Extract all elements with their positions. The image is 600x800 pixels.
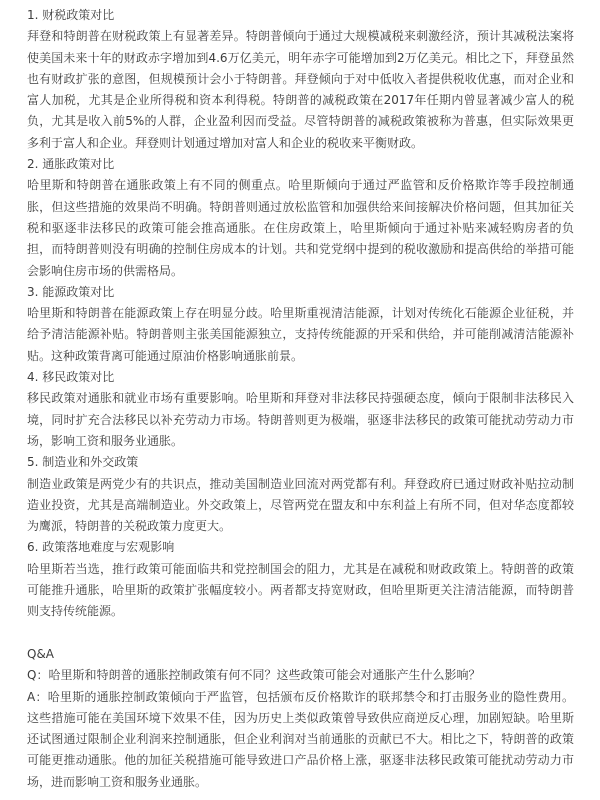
section-body: 哈里斯和特朗普在能源政策上存在明显分歧。哈里斯重视清洁能源，计划对传统化石能源企… (27, 303, 574, 367)
section-body: 制造业政策是两党少有的共识点，推动美国制造业回流对两党都有利。拜登政府已通过财政… (27, 474, 574, 538)
section-title: 2. 通胀政策对比 (27, 154, 574, 175)
section-title: 4. 移民政策对比 (27, 367, 574, 388)
section-body: 移民政策对通胀和就业市场有重要影响。哈里斯和拜登对非法移民持强硬态度，倾向于限制… (27, 388, 574, 452)
qa-answer: A：哈里斯的通胀控制政策倾向于严监管，包括颁布反价格欺诈的联邦禁令和打击服务业的… (27, 687, 574, 793)
section-manufacturing-foreign-policy: 5. 制造业和外交政策 制造业政策是两党少有的共识点，推动美国制造业回流对两党都… (27, 452, 574, 537)
section-energy: 3. 能源政策对比 哈里斯和特朗普在能源政策上存在明显分歧。哈里斯重视清洁能源，… (27, 282, 574, 367)
section-title: 1. 财税政策对比 (27, 5, 574, 26)
qa-heading: Q&A (27, 644, 574, 665)
section-body: 拜登和特朗普在财税政策上有显著差异。特朗普倾向于通过大规模减税来刺激经济，预计其… (27, 26, 574, 154)
section-fiscal-tax: 1. 财税政策对比 拜登和特朗普在财税政策上有显著差异。特朗普倾向于通过大规模减… (27, 5, 574, 154)
section-body: 哈里斯若当选，推行政策可能面临共和党控制国会的阻力，尤其是在减税和财政政策上。特… (27, 559, 574, 623)
section-title: 5. 制造业和外交政策 (27, 452, 574, 473)
section-title: 6. 政策落地难度与宏观影响 (27, 537, 574, 558)
qa-question: Q：哈里斯和特朗普的通胀控制政策有何不同？这些政策可能会对通胀产生什么影响？ (27, 665, 574, 686)
policy-comparison-document: 1. 财税政策对比 拜登和特朗普在财税政策上有显著差异。特朗普倾向于通过大规模减… (0, 0, 600, 793)
section-body: 哈里斯和特朗普在通胀政策上有不同的侧重点。哈里斯倾向于通过严监管和反价格欺诈等手… (27, 175, 574, 281)
section-inflation: 2. 通胀政策对比 哈里斯和特朗普在通胀政策上有不同的侧重点。哈里斯倾向于通过严… (27, 154, 574, 282)
section-title: 3. 能源政策对比 (27, 282, 574, 303)
section-immigration: 4. 移民政策对比 移民政策对通胀和就业市场有重要影响。哈里斯和拜登对非法移民持… (27, 367, 574, 452)
section-policy-implementation: 6. 政策落地难度与宏观影响 哈里斯若当选，推行政策可能面临共和党控制国会的阻力… (27, 537, 574, 622)
qa-section: Q&A Q：哈里斯和特朗普的通胀控制政策有何不同？这些政策可能会对通胀产生什么影… (27, 644, 574, 793)
